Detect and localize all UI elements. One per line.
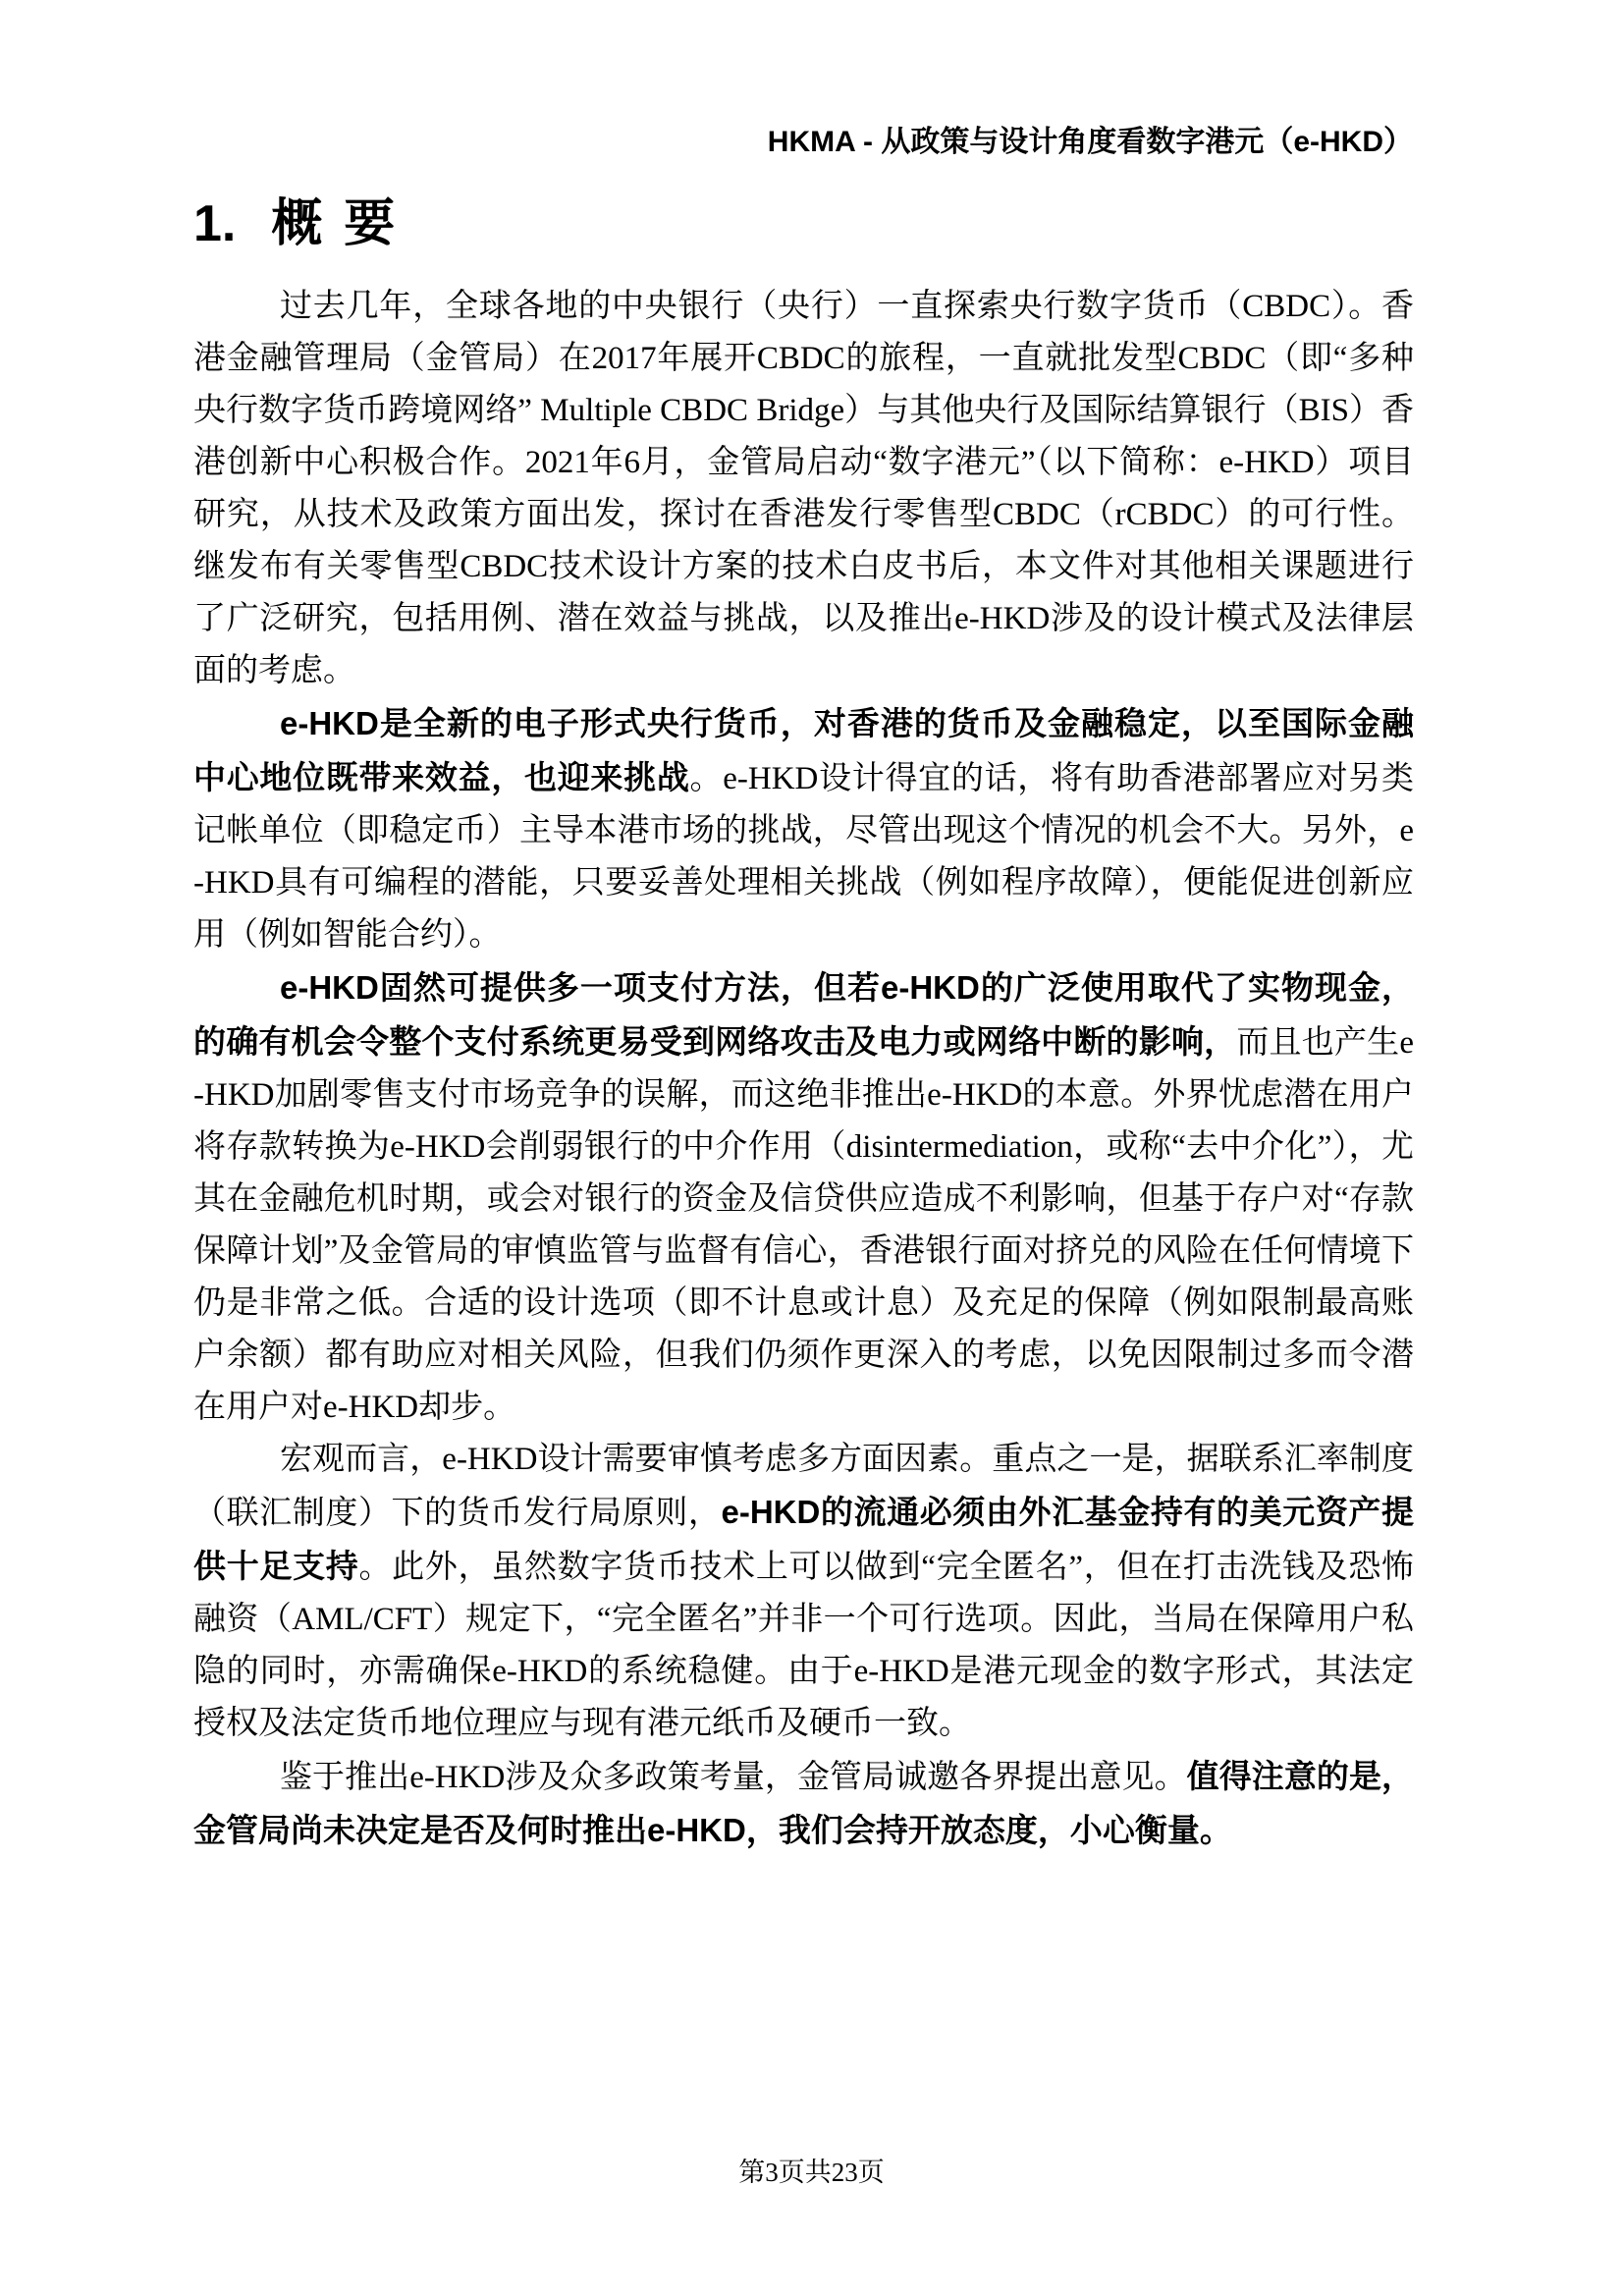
paragraph-run: 鉴于推出e-HKD涉及众多政策考量，金管局诚邀各界提出意见。 — [280, 1760, 1187, 1795]
paragraph: 宏观而言，e-HKD设计需要审慎考虑多方面因素。重点之一是，据联系汇率制度（联汇… — [193, 1434, 1414, 1750]
paragraph: e-HKD是全新的电子形式央行货币，对香港的货币及金融稳定，以至国际金融中心地位… — [193, 697, 1414, 961]
section-number: 1. — [193, 192, 236, 255]
paragraph-run-bold: e-HKD固然可提供多一项支付方法，但若e-HKD的广泛使用取代了实物现金，的确… — [193, 969, 1414, 1060]
section-title: 概要 — [271, 195, 416, 252]
paragraph: 过去几年，全球各地的中央银行（央行）一直探索央行数字货币（CBDC）。香港金融管… — [193, 281, 1414, 697]
paragraph-run: 。此外，虽然数字货币技术上可以做到“完全匿名”，但在打击洗钱及恐怖融资（AML/… — [193, 1550, 1414, 1741]
paragraph: e-HKD固然可提供多一项支付方法，但若e-HKD的广泛使用取代了实物现金，的确… — [193, 961, 1414, 1434]
paragraph-run: 过去几年，全球各地的中央银行（央行）一直探索央行数字货币（CBDC）。香港金融管… — [193, 289, 1414, 688]
section-heading: 1.概要 — [193, 192, 416, 255]
document-page: HKMA - 从政策与设计角度看数字港元（e-HKD） 1.概要 过去几年，全球… — [0, 0, 1623, 2296]
page-number: 第3页共23页 — [0, 2157, 1623, 2188]
page-header: HKMA - 从政策与设计角度看数字港元（e-HKD） — [193, 125, 1413, 160]
paragraph: 鉴于推出e-HKD涉及众多政策考量，金管局诚邀各界提出意见。值得注意的是，金管局… — [193, 1750, 1414, 1858]
document-body: 过去几年，全球各地的中央银行（央行）一直探索央行数字货币（CBDC）。香港金融管… — [193, 281, 1414, 1858]
paragraph-run: 而且也产生e-HKD加剧零售支付市场竞争的误解，而这绝非推出e-HKD的本意。外… — [193, 1025, 1414, 1425]
